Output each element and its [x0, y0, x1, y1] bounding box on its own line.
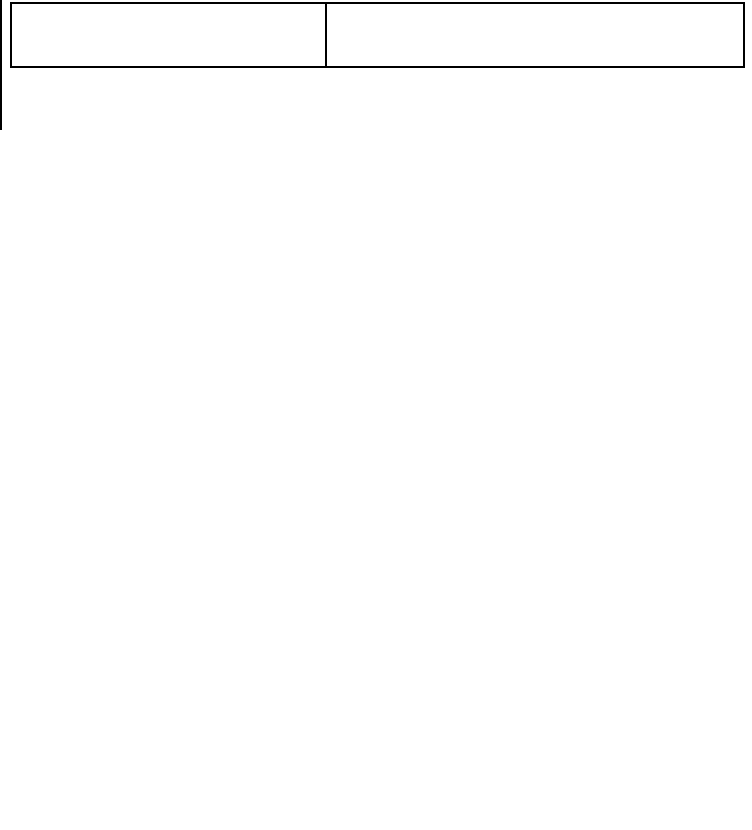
sampling-points-table	[10, 2, 745, 68]
table-header-row	[12, 4, 743, 66]
header-address-cell	[327, 4, 743, 66]
page-edge-line	[0, 0, 2, 130]
header-name-cell	[12, 4, 327, 66]
document-page	[0, 0, 752, 830]
